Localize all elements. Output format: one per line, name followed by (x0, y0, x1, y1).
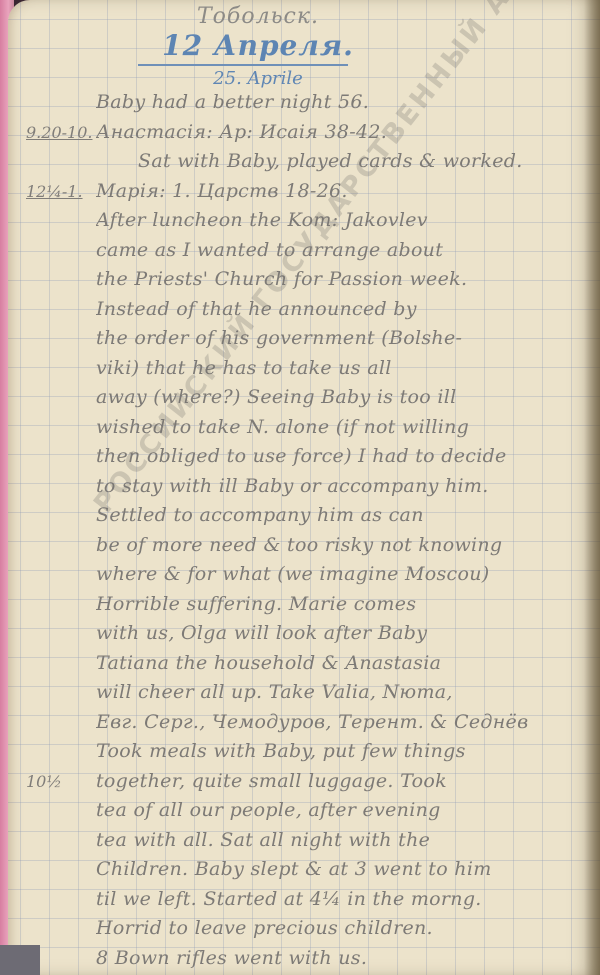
diary-line: tea of all our people, after evening (8, 796, 600, 826)
diary-line: tea with all. Sat all night with the (8, 826, 600, 856)
line-text: Horrible suffering. Marie comes (96, 590, 592, 620)
line-text: Tatiana the household & Anastasia (96, 649, 592, 679)
margin-time: 12¼-1. (26, 177, 94, 207)
scan-background-corner (0, 945, 40, 975)
line-text: Евг. Серг., Чемодуров, Терент. & Седнёв (96, 708, 592, 738)
line-text: tea of all our people, after evening (96, 796, 592, 826)
diary-line: 10½together, quite small luggage. Took (8, 767, 600, 797)
line-text: came as I wanted to arrange about (96, 236, 592, 266)
diary-line: Horrid to leave precious children. (8, 914, 600, 944)
line-text: together, quite small luggage. Took (96, 767, 592, 797)
line-text: tea with all. Sat all night with the (96, 826, 592, 856)
line-text: Settled to accompany him as can (96, 501, 592, 531)
diary-line: Sat with Baby, played cards & worked. (8, 147, 600, 177)
diary-line: where & for what (we imagine Moscou) (8, 560, 600, 590)
margin-time: 10½ (26, 767, 94, 797)
diary-page: Тобольск. 12 Апреля. 25. Aprile Baby had… (8, 0, 600, 975)
date-underline (138, 64, 348, 66)
diary-line: Tatiana the household & Anastasia (8, 649, 600, 679)
diary-line: wished to take N. alone (if not willing (8, 413, 600, 443)
date-heading: 12 Апреля. (128, 29, 388, 62)
page-header: Тобольск. 12 Апреля. 25. Aprile (128, 0, 388, 89)
diary-line: Horrible suffering. Marie comes (8, 590, 600, 620)
line-text: Children. Baby slept & at 3 went to him (96, 855, 592, 885)
line-text: to stay with ill Baby or accompany him. (96, 472, 592, 502)
line-text: the order of his government (Bolshe- (96, 324, 592, 354)
diary-line: Baby had a better night 56. (8, 88, 600, 118)
diary-line: viki) that he has to take us all (8, 354, 600, 384)
place-heading: Тобольск. (128, 4, 388, 29)
line-text: will cheer all up. Take Valia, Nюта, (96, 678, 592, 708)
diary-line: 12¼-1.Марія: 1. Царств 18-26. (8, 177, 600, 207)
line-text: then obliged to use force) I had to deci… (96, 442, 592, 472)
diary-line: Took meals with Baby, put few things (8, 737, 600, 767)
diary-line: 8 Bown rifles went with us. (8, 944, 600, 974)
diary-line: Children. Baby slept & at 3 went to him (8, 855, 600, 885)
line-text: the Priests' Church for Passion week. (96, 265, 592, 295)
diary-line: then obliged to use force) I had to deci… (8, 442, 600, 472)
diary-entry: Baby had a better night 56. 9.20-10.Анас… (8, 88, 600, 973)
line-text: be of more need & too risky not knowing (96, 531, 592, 561)
diary-line: will cheer all up. Take Valia, Nюта, (8, 678, 600, 708)
diary-line: Евг. Серг., Чемодуров, Терент. & Седнёв (8, 708, 600, 738)
line-text: til we left. Started at 4¼ in the morng. (96, 885, 592, 915)
diary-line: 9.20-10.Анастасія: Ар: Исаія 38-42. (8, 118, 600, 148)
line-text: Анастасія: Ар: Исаія 38-42. (96, 118, 592, 148)
line-text: Took meals with Baby, put few things (96, 737, 592, 767)
line-text: Baby had a better night 56. (96, 88, 592, 118)
line-text: 8 Bown rifles went with us. (96, 944, 592, 974)
date-subheading: 25. Aprile (128, 68, 388, 89)
line-text: with us, Olga will look after Baby (96, 619, 592, 649)
line-text: Horrid to leave precious children. (96, 914, 592, 944)
diary-line: be of more need & too risky not knowing (8, 531, 600, 561)
diary-line: with us, Olga will look after Baby (8, 619, 600, 649)
diary-line: the order of his government (Bolshe- (8, 324, 600, 354)
diary-line: Instead of that he announced by (8, 295, 600, 325)
line-text: Instead of that he announced by (96, 295, 592, 325)
diary-line: til we left. Started at 4¼ in the morng. (8, 885, 600, 915)
line-text: where & for what (we imagine Moscou) (96, 560, 592, 590)
diary-line: away (where?) Seeing Baby is too ill (8, 383, 600, 413)
line-text: viki) that he has to take us all (96, 354, 592, 384)
margin-time: 9.20-10. (26, 118, 94, 148)
